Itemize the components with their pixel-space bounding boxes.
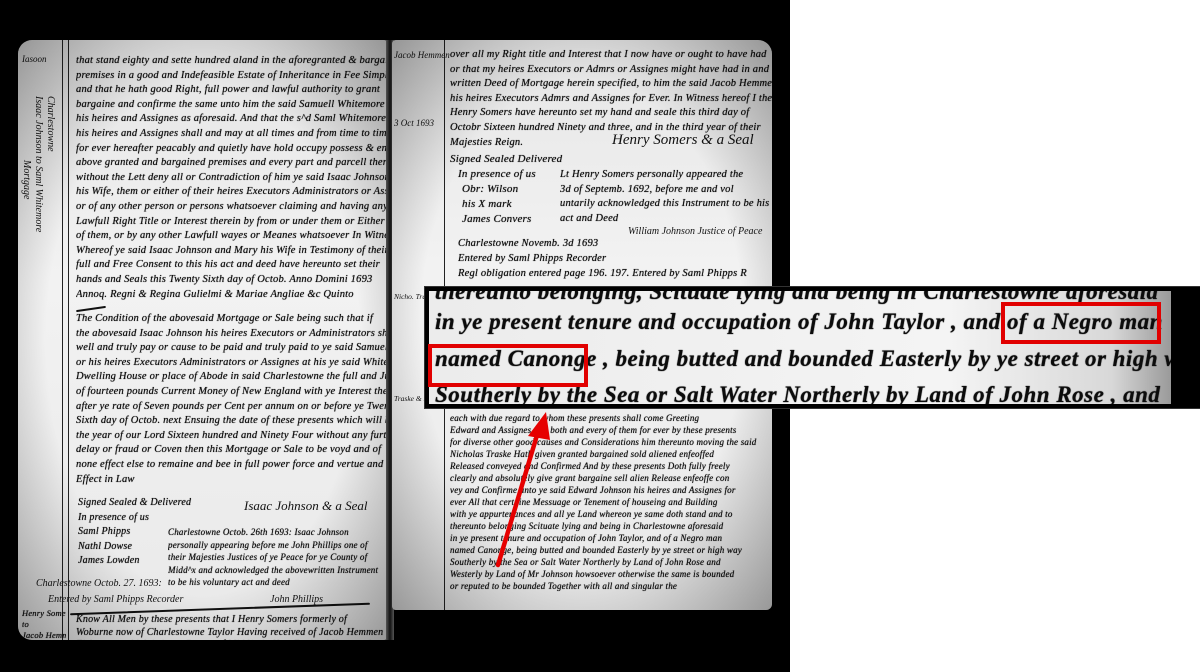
second-deed-text: Know All Men by these presents that I He… bbox=[76, 614, 388, 640]
entry-block: Charlestowne Novemb. 3d 1693 Entered by … bbox=[458, 236, 772, 281]
second-deed-margin: Henry Somers to Jacob Hemmen bbox=[22, 608, 66, 640]
margin-top-note: Iasoon bbox=[22, 54, 47, 64]
entry-date: Charlestowne Octob. 27. 1693: bbox=[36, 578, 162, 589]
margin-rule bbox=[68, 40, 69, 640]
highlight-box-negro-man bbox=[1001, 302, 1161, 344]
acknowledgement-signer: John Phillips bbox=[270, 594, 323, 605]
acknowledgement-block: Lt Henry Somers personally appeared the … bbox=[560, 168, 772, 226]
right-margin-note: Jacob Hemmen bbox=[394, 50, 450, 60]
right-page-lower-text: each with due regard to whom these prese… bbox=[450, 412, 772, 592]
left-page-condition-text: The Condition of the abovesaid Mortgage … bbox=[76, 312, 388, 487]
entered-by: Entered by Saml Phipps Recorder bbox=[48, 594, 183, 605]
ledger-left-page: Iasoon Charlestowne Isaac Johnson to Sam… bbox=[18, 40, 388, 640]
inset-page-edge bbox=[1171, 291, 1196, 404]
highlight-box-named-canonge bbox=[428, 344, 588, 387]
signature: Henry Somers & a Seal bbox=[612, 132, 754, 149]
vertical-margin-note: Mortgage bbox=[21, 160, 32, 199]
vertical-margin-note: Charlestowne bbox=[45, 96, 56, 152]
vertical-margin-note: Isaac Johnson to Saml Whitemore bbox=[33, 96, 44, 232]
acknowledgement-block: Charlestowne Octob. 26th 1693: Isaac Joh… bbox=[168, 526, 388, 589]
right-margin-note: 3 Oct 1693 bbox=[394, 118, 434, 128]
margin-rule bbox=[62, 40, 63, 640]
left-page-body-text: that stand eighty and sette hundred alan… bbox=[76, 54, 388, 302]
signature: Isaac Johnson & a Seal bbox=[244, 498, 367, 514]
